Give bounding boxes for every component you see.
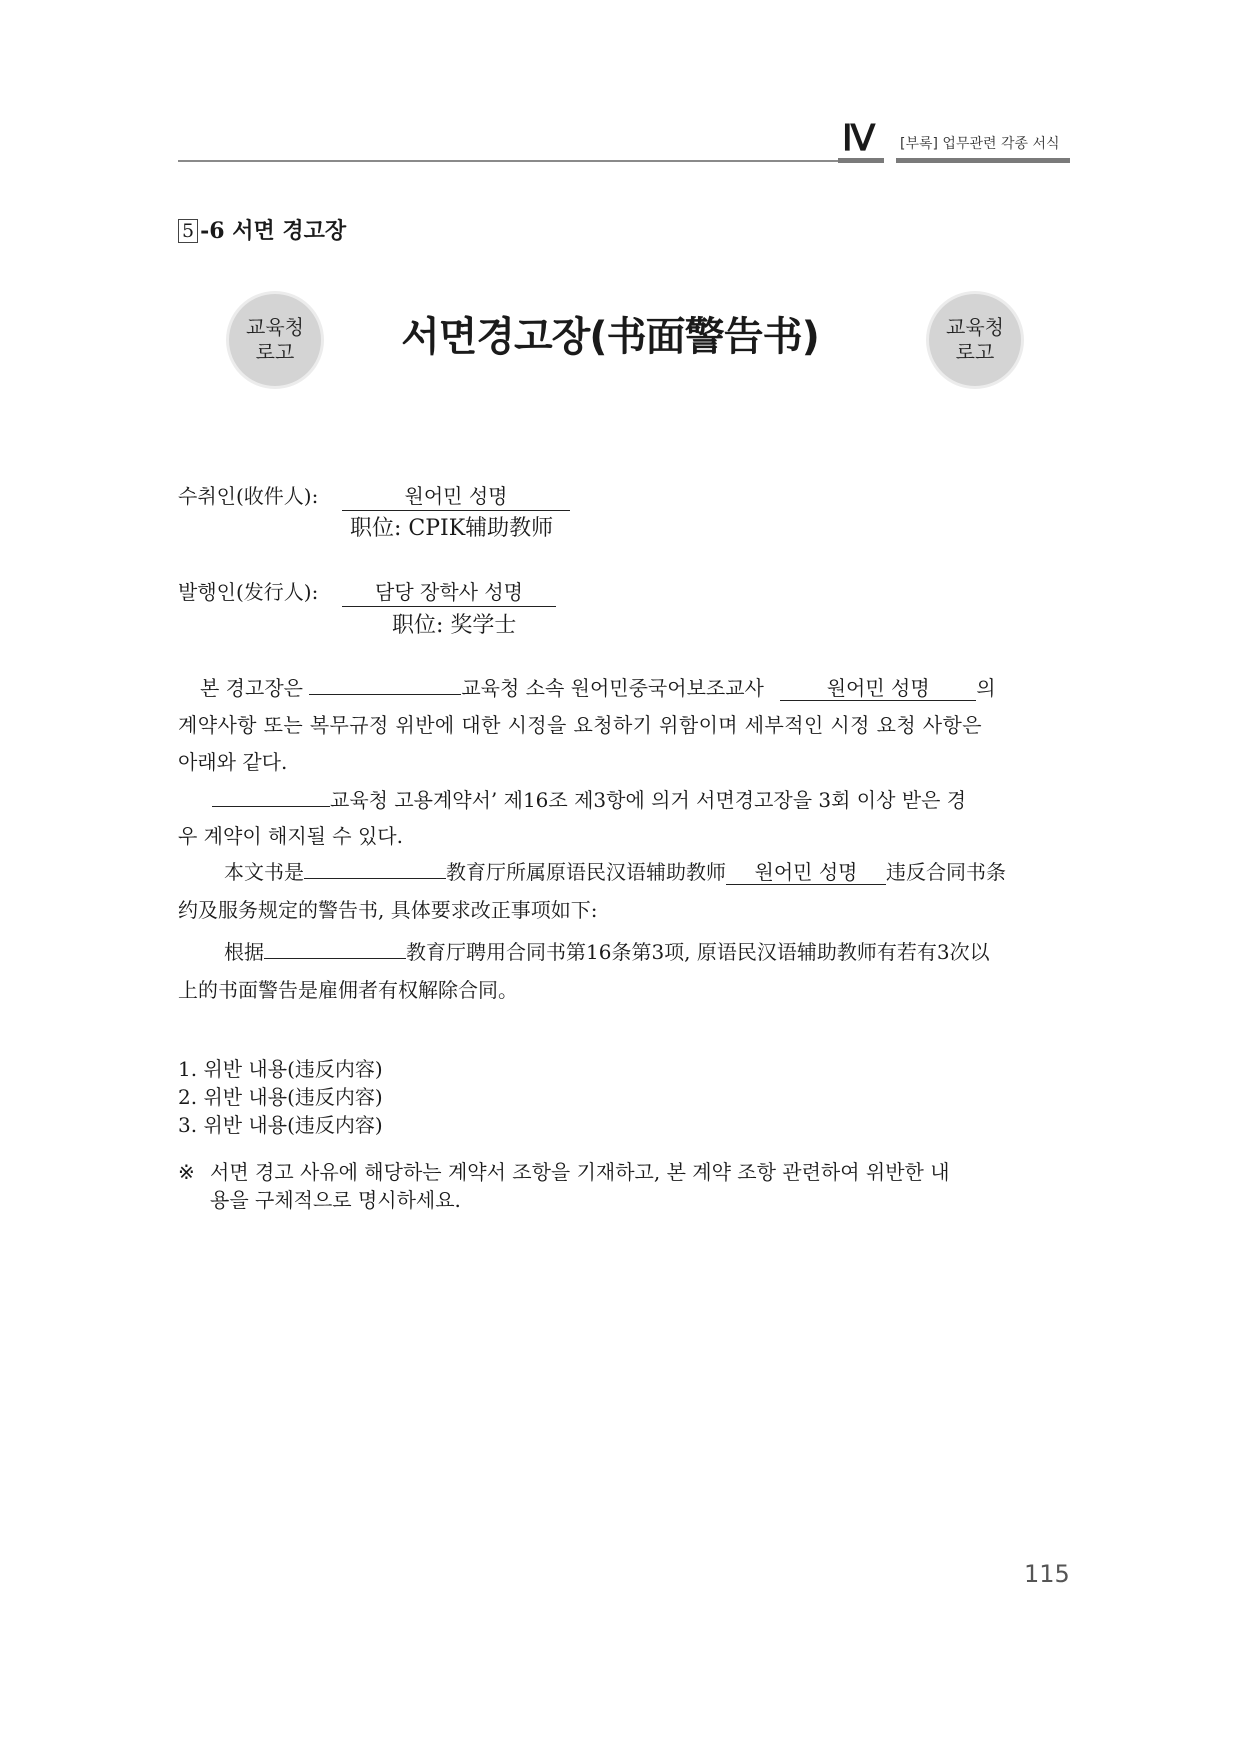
header-label-underline <box>896 158 1070 163</box>
violation-item-2: 2. 위반 내용(违反内容) <box>178 1083 383 1111</box>
logo-text-line1: 교육청 <box>946 315 1004 340</box>
header-rule <box>178 160 838 162</box>
page-number: 115 <box>1024 1560 1070 1588</box>
body-paragraph-2-line-1: 교육청 고용계약서’ 제16조 제3항에 의거 서면경고장을 3회 이상 받은 … <box>178 786 1070 814</box>
violation-item-1: 1. 위반 내용(违反内容) <box>178 1055 383 1083</box>
issuer-name-field: 담당 장학사 성명 <box>342 578 556 607</box>
issuer-role: 职位: 奖学士 <box>392 612 516 640</box>
blank-office-field <box>309 674 461 695</box>
blank-office-field <box>212 786 330 807</box>
note-line-2: 용을 구체적으로 명시하세요. <box>210 1186 461 1214</box>
note-line-1: 서면 경고 사유에 해당하는 계약서 조항을 기재하고, 본 계약 조항 관련하… <box>210 1158 950 1186</box>
teacher-name-field: 원어민 성명 <box>726 860 886 885</box>
body-paragraph-1-line-2: 계약사항 또는 복무규정 위반에 대한 시정을 요청하기 위함이며 세부적인 시… <box>178 711 1070 739</box>
chapter-numeral: Ⅳ <box>842 118 873 158</box>
chapter-underline <box>838 158 884 163</box>
section-title: -6 서면 경고장 <box>200 218 346 244</box>
section-heading: 5-6 서면 경고장 <box>178 214 346 245</box>
recipient-label: 수취인(收件人): <box>178 482 318 510</box>
logo-text-line2: 로고 <box>256 340 295 365</box>
recipient-role: 职位: CPIK辅助教师 <box>350 515 553 543</box>
body-paragraph-3-line-2: 约及服务规定的警告书, 具体要求改正事项如下: <box>178 896 1070 924</box>
blank-office-field <box>264 938 406 959</box>
note-mark: ※ <box>178 1158 195 1186</box>
body-paragraph-2-line-2: 우 계약이 해지될 수 있다. <box>178 822 1070 850</box>
violation-item-3: 3. 위반 내용(违反内容) <box>178 1111 383 1139</box>
body-paragraph-4-line-2: 上的书面警告是雇佣者有权解除合同。 <box>178 976 1070 1004</box>
blank-office-field <box>304 858 446 879</box>
logo-text-line1: 교육청 <box>246 315 304 340</box>
teacher-name-field: 원어민 성명 <box>780 676 976 701</box>
recipient-name-field: 원어민 성명 <box>342 482 570 511</box>
education-office-logo-right: 교육청 로고 <box>929 294 1021 386</box>
issuer-label: 발행인(发行人): <box>178 578 318 606</box>
body-paragraph-3-line-1: 本文书是教育厅所属原语民汉语辅助教师원어민 성명违反合同书条 <box>178 858 1070 886</box>
header-label: [부록] 업무관련 각종 서식 <box>900 133 1060 153</box>
body-paragraph-4-line-1: 根据教育厅聘用合同书第16条第3项, 原语民汉语辅助教师有若有3次以 <box>178 938 1070 966</box>
logo-text-line2: 로고 <box>956 340 995 365</box>
document-title: 서면경고장(书面警告书) <box>330 312 890 362</box>
body-paragraph-1-line-1: 본 경고장은 교육청 소속 원어민중국어보조교사 원어민 성명의 <box>178 674 1070 702</box>
body-paragraph-1-line-3: 아래와 같다. <box>178 748 1070 776</box>
section-number-box: 5 <box>178 219 198 243</box>
education-office-logo-left: 교육청 로고 <box>229 294 321 386</box>
